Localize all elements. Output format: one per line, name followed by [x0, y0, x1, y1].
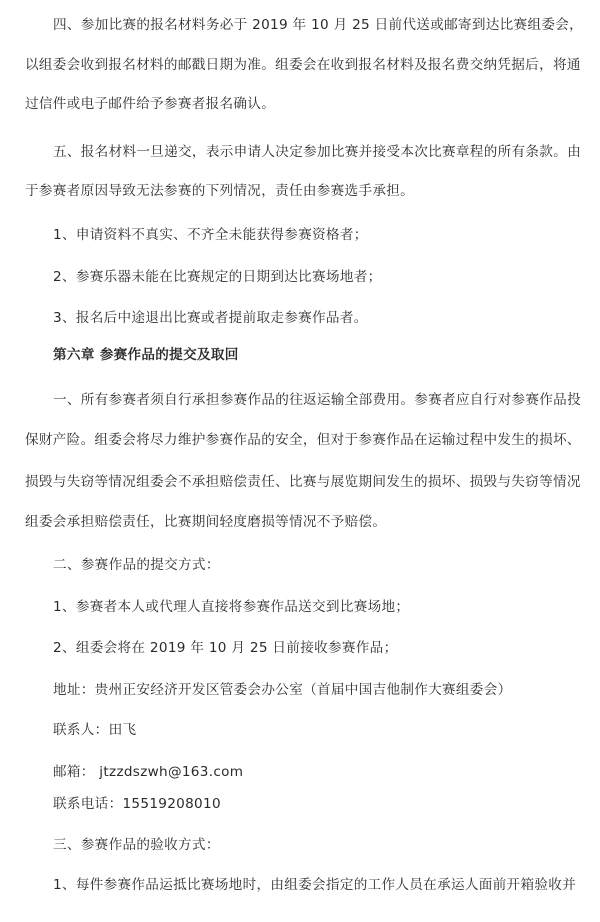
email-line: 邮箱： jtzzdszwh@163.com	[53, 762, 243, 782]
chapter-6-heading: 第六章 参赛作品的提交及取回	[53, 345, 239, 365]
list-item-2: 2、参赛乐器未能在比赛规定的日期到达比赛场地者；	[53, 267, 382, 287]
paragraph-1-continued: 损毁与失窃等情况组委会不承担赔偿责任、比赛与展览期间发生的损坏、损毁与失窃等情况	[25, 472, 581, 492]
paragraph-1-continued: 组委会承担赔偿责任，比赛期间轻度磨损等情况不予赔偿。	[25, 512, 386, 532]
paragraph-4-continued: 过信件或电子邮件给予参赛者报名确认。	[25, 94, 275, 114]
section-3-heading: 三、参赛作品的验收方式：	[53, 835, 220, 855]
paragraph-1-continued: 保财产险。组委会将尽力维护参赛作品的安全，但对于参赛作品在运输过程中发生的损坏、	[25, 430, 581, 450]
address-line: 地址：贵州正安经济开发区管委会办公室（首届中国吉他制作大赛组委会）	[53, 680, 512, 700]
paragraph-5-continued: 于参赛者原因导致无法参赛的下列情况，责任由参赛选手承担。	[25, 181, 414, 201]
submission-item-1: 1、参赛者本人或代理人直接将参赛作品送交到比赛场地；	[53, 597, 409, 617]
list-item-3: 3、报名后中途退出比赛或者提前取走参赛作品者。	[53, 308, 368, 328]
list-item-1: 1、申请资料不真实、不齐全未能获得参赛资格者；	[53, 225, 368, 245]
submission-item-2: 2、组委会将在 2019 年 10 月 25 日前接收参赛作品；	[53, 638, 397, 658]
inspection-item-1: 1、每件参赛作品运抵比赛场地时，由组委会指定的工作人员在承运人面前开箱验收并	[53, 875, 576, 895]
section-2-heading: 二、参赛作品的提交方式：	[53, 555, 220, 575]
paragraph-1-shipping-costs: 一、所有参赛者须自行承担参赛作品的往返运输全部费用。参赛者应自行对参赛作品投	[53, 390, 581, 410]
contact-person-line: 联系人：田飞	[53, 720, 136, 740]
paragraph-4-continued: 以组委会收到报名材料的邮戳日期为准。组委会在收到报名材料及报名费交纳凭据后，将通	[25, 55, 581, 75]
paragraph-4-registration-deadline: 四、参加比赛的报名材料务必于 2019 年 10 月 25 日前代送或邮寄到达比…	[53, 15, 583, 35]
paragraph-5-terms-acceptance: 五、报名材料一旦递交，表示申请人决定参加比赛并接受本次比赛章程的所有条款。由	[53, 142, 581, 162]
phone-line: 联系电话：15519208010	[53, 794, 221, 814]
